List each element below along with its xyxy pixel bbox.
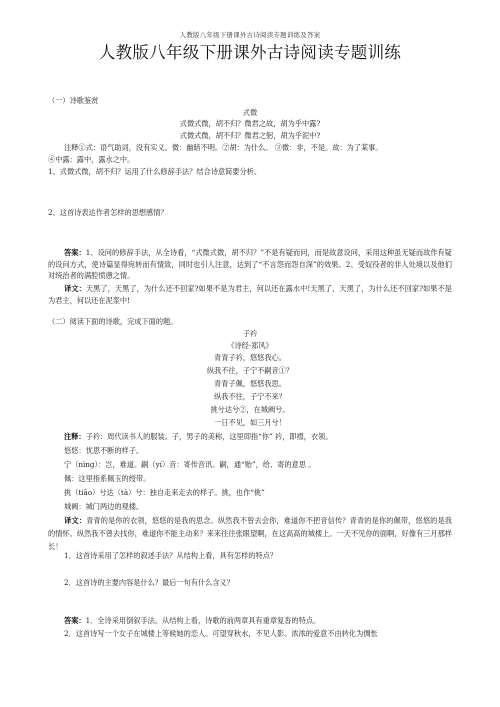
answer-label: 答案： (64, 616, 86, 625)
poem2-line-1: 青青子衿，悠悠我心。 (0, 353, 500, 363)
poem2-note-3: 宁（nìng）：岂，难道。嗣（yí）音：寄传音讯。嗣，通“贻”，给、寄的意思 。 (64, 460, 315, 470)
section2-answer-1: 答案：1．全诗采用倒叙手法。从结构上看，诗歌的前两章具有重章复沓的特点。 (64, 616, 320, 626)
poem1-title: 式微 (0, 108, 500, 118)
section1-question-1: 1、式微式微，胡不归？运用了什么修辞手法？结合诗意简要分析。 (48, 167, 261, 177)
section2-question-1: 1．这首诗采用了怎样的叙述手法？从结构上看，具有怎样的特点？ (64, 551, 277, 561)
translation-label: 译文： (64, 284, 86, 293)
poem2-line-6: 一日不见，如三月兮！ (0, 418, 500, 428)
notes-label: 注释： (64, 432, 86, 441)
poem1-notes-line2: ④中露：露中，露水之中。 (48, 155, 134, 165)
translation-text: 天黑了，天黑了，为什么还不回家?如果不是为君主，何以还在露水中!天黑了，天黑了，… (48, 284, 452, 305)
poem2-note-2: 悠悠：忧思不断的样子。 (64, 446, 143, 456)
poem1-line-2: 式微式微，胡不归？微君之躬，胡为乎泥中? (0, 131, 500, 141)
section2-answer-2: 2．这首诗写一个女子在城楼上等候她的恋人。可望穿秋水，不见人影。浓浓的爱意不由转… (64, 629, 378, 639)
section1-answer: 答案：1、设问的修辞手法，从全诗看，“式微式微，胡不归？”不是有疑而问，而是故意… (48, 247, 452, 282)
note-text: 子衿：周代读书人的服装。子，男子的美称，这里即指“你” 衿，即襟，衣领。 (86, 432, 333, 441)
poem2-line-3: 青青子佩，悠悠我思。 (0, 379, 500, 389)
document-page: 人教版八年级下册课外古诗阅读专题训练及答案 人教版八年级下册课外古诗阅读专题训练… (0, 0, 500, 707)
answer-label: 答案： (64, 248, 86, 257)
poem2-title: 子衿 (0, 329, 500, 339)
section2-question-2: 2．这首诗的主要内容是什么？最后一句有什么含义？ (64, 578, 234, 588)
running-header: 人教版八年级下册课外古诗阅读专题训练及答案 (0, 30, 500, 39)
poem1-notes-line1: 注释①式：语气助词，没有实义。微：幽暗不明。②胡：为什么。 ③微：非，不是。故：… (64, 143, 383, 153)
poem2-line-2: 纵我不往，子宁不嗣音①？ (0, 366, 500, 376)
poem2-line-5: 挑兮达兮②，在城阙兮。 (0, 405, 500, 415)
section1-heading: （一）诗歌鉴赏 (48, 96, 98, 106)
section2-heading: （二）阅读下面的诗歌，完成下面的题。 (48, 317, 177, 327)
document-title: 人教版八年级下册课外古诗阅读专题训练 (0, 39, 500, 63)
answer-text: 1．全诗采用倒叙手法。从结构上看，诗歌的前两章具有重章复沓的特点。 (86, 616, 321, 625)
answer-text: 1、设问的修辞手法，从全诗看，“式微式微，胡不归？”不是有疑而问，而是故意设问，… (48, 248, 452, 280)
section1-translation: 译文：天黑了，天黑了，为什么还不回家?如果不是为君主，何以还在露水中!天黑了，天… (48, 283, 452, 306)
poem2-line-4: 纵我不往，子宁不来？ (0, 392, 500, 402)
poem1-line-1: 式微式微，胡不归？微君之故，胡为乎中露? (0, 119, 500, 129)
translation-text: 青青的是你的衣领，悠悠的是我的思念。纵然我不曾去会你，难道你不把音信传？青青的是… (48, 516, 452, 551)
poem2-note-4: 佩：这里指系佩玉的绶带。 (64, 474, 150, 484)
translation-label: 译文： (64, 516, 86, 525)
section2-translation: 译文：青青的是你的衣领，悠悠的是我的思念。纵然我不曾去会你，难道你不把音信传？青… (48, 514, 452, 553)
poem2-note-5: 挑（tiāo）兮达（tà）兮：独自走来走去的样子。挑，也作“佻” (64, 488, 265, 498)
poem2-source: 《诗经·郑风》 (0, 341, 500, 351)
poem2-note-1: 注释：子衿：周代读书人的服装。子，男子的美称，这里即指“你” 衿，即襟，衣领。 (64, 432, 332, 442)
poem2-note-6: 城阙：城门两边的观楼。 (64, 502, 143, 512)
section1-question-2: 2、这首诗表达作者怎样的思想感情？ (48, 208, 168, 218)
